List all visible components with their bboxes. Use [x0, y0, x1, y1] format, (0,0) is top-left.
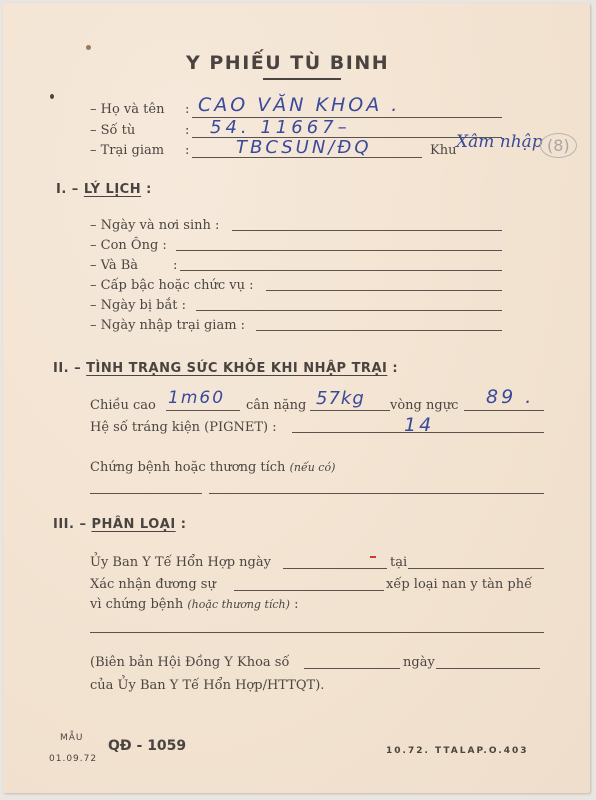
- form-template-label: MẪU: [60, 733, 84, 743]
- rank-label: – Cấp bậc hoặc chức vụ :: [90, 278, 254, 293]
- camp-sep: :: [185, 143, 189, 158]
- khu-field[interactable]: Xâm nhập: [456, 132, 543, 152]
- father-label: – Con Ông :: [90, 238, 167, 253]
- height-field[interactable]: 1m60: [168, 388, 225, 408]
- chest-line: [464, 410, 544, 411]
- red-mark: [370, 556, 376, 558]
- minutes-number-field[interactable]: [304, 668, 400, 669]
- section3-colon: :: [181, 517, 187, 532]
- injury-line-2[interactable]: [209, 493, 544, 494]
- form-date: 01.09.72: [49, 754, 97, 764]
- minutes-label: (Biên bản Hội Đồng Y Khoa số: [90, 655, 289, 670]
- entry-date-field[interactable]: [256, 330, 502, 331]
- section1-title: LÝ LỊCH: [84, 182, 141, 197]
- minutes-date-field[interactable]: [436, 668, 540, 669]
- entry-date-label: – Ngày nhập trại giam :: [90, 318, 245, 333]
- committee-date-label: Ủy Ban Y Tế Hổn Hợp ngày: [90, 555, 271, 570]
- weight-line: [310, 410, 390, 411]
- margin-note: (8): [540, 133, 577, 158]
- committee-date-field[interactable]: [283, 568, 387, 569]
- section3-number: III. –: [53, 517, 86, 532]
- section1-colon: :: [146, 182, 152, 197]
- father-field[interactable]: [176, 250, 502, 251]
- section3-title: PHÂN LOẠI: [92, 517, 176, 532]
- mother-field[interactable]: [180, 270, 502, 271]
- birth-label: – Ngày và nơi sinh :: [90, 218, 219, 233]
- confirm-field[interactable]: [234, 590, 384, 591]
- pignet-label: Hệ số tráng kiện (PIGNET) :: [90, 420, 277, 435]
- chest-field[interactable]: 89 .: [486, 386, 534, 408]
- paper-speck: [50, 94, 54, 99]
- minutes-date-label: ngày: [403, 655, 435, 670]
- minutes-line2: của Ủy Ban Y Tế Hổn Hợp/HTTQT).: [90, 678, 324, 693]
- form-title: Y PHIẾU TÙ BINH: [186, 52, 389, 74]
- prisoner-number-sep: :: [185, 123, 189, 138]
- prisoner-number-field[interactable]: 54. 11667–: [210, 117, 351, 138]
- committee-place-label: tại: [390, 555, 407, 570]
- injury-label: Chứng bệnh hoặc thương tích (nếu có): [90, 460, 335, 475]
- name-label: – Họ và tên: [90, 102, 164, 117]
- section2-title: TÌNH TRẠNG SỨC KHỎE KHI NHẬP TRẠI: [86, 361, 387, 376]
- section2-number: II. –: [53, 361, 81, 376]
- section2-colon: :: [392, 361, 398, 376]
- khu-label: Khu: [430, 143, 456, 158]
- injury-line-1[interactable]: [90, 493, 202, 494]
- section1-heading: I. – LÝ LỊCH :: [56, 182, 152, 197]
- confirm-label: Xác nhận đương sự: [90, 577, 216, 592]
- disease-label-text: vì chứng bệnh: [90, 597, 183, 612]
- name-field[interactable]: CAO VĂN KHOA .: [198, 94, 400, 116]
- form-code: QĐ - 1059: [108, 738, 186, 754]
- print-code: 10.72. TTALAP.O.403: [386, 746, 529, 756]
- weight-label: cân nặng: [246, 398, 306, 413]
- height-line: [166, 410, 240, 411]
- section1-number: I. –: [56, 182, 79, 197]
- disease-note: (hoặc thương tích): [187, 598, 290, 611]
- arrest-date-label: – Ngày bị bắt :: [90, 298, 186, 313]
- disease-field[interactable]: [90, 632, 544, 633]
- weight-field[interactable]: 57kg: [316, 388, 365, 409]
- mother-sep: :: [173, 258, 177, 273]
- disease-label: vì chứng bệnh (hoặc thương tích) :: [90, 597, 298, 612]
- paper-speck: [86, 45, 91, 50]
- section2-heading: II. – TÌNH TRẠNG SỨC KHỎE KHI NHẬP TRẠI …: [53, 361, 398, 376]
- section3-heading: III. – PHÂN LOẠI :: [53, 517, 186, 532]
- camp-label: – Trại giam: [90, 143, 164, 158]
- pignet-field[interactable]: 14: [404, 414, 434, 436]
- arrest-date-field[interactable]: [196, 310, 502, 311]
- disease-colon: :: [294, 597, 298, 612]
- mother-label: – Và Bà: [90, 258, 138, 273]
- committee-place-field[interactable]: [408, 568, 544, 569]
- classification-label: xếp loại nan y tàn phế: [386, 577, 532, 592]
- prisoner-number-label: – Số tù: [90, 123, 135, 138]
- injury-note: (nếu có): [290, 461, 336, 474]
- chest-label: vòng ngực: [390, 398, 458, 413]
- rank-field[interactable]: [266, 290, 502, 291]
- camp-field[interactable]: TBCSUN/ĐQ: [236, 137, 372, 158]
- name-sep: :: [185, 102, 189, 117]
- title-underline: [263, 78, 341, 80]
- height-label: Chiều cao: [90, 398, 156, 413]
- injury-label-text: Chứng bệnh hoặc thương tích: [90, 460, 285, 475]
- birth-field[interactable]: [232, 230, 502, 231]
